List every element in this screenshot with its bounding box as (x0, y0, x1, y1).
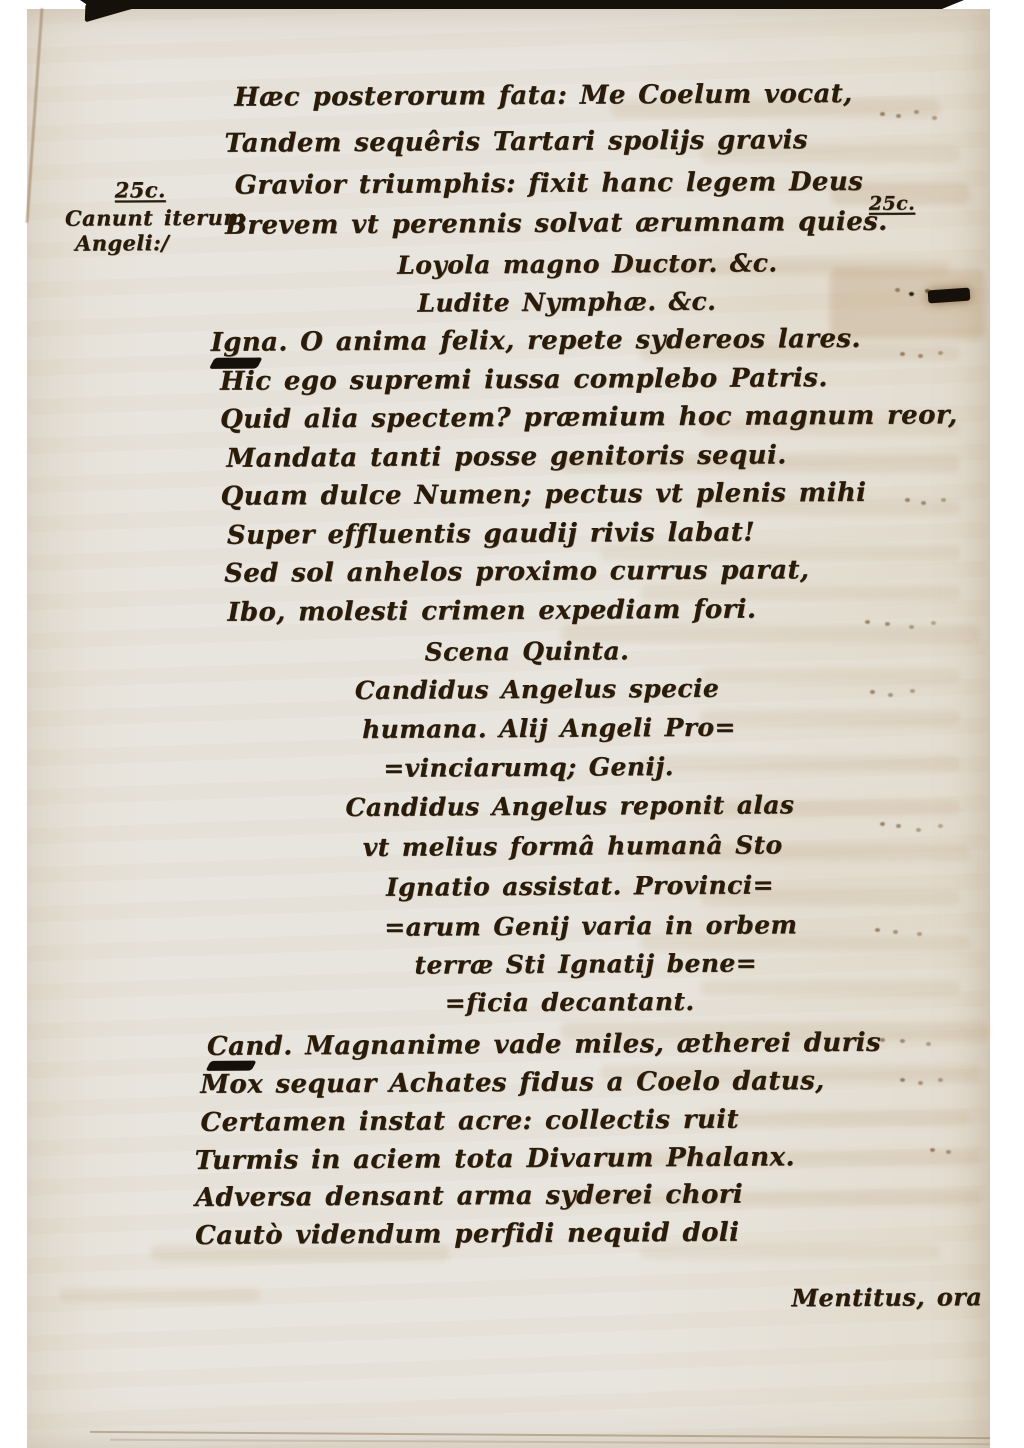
speaker-underline-blot (205, 1061, 256, 1071)
stage-direction: =ficia decantant. (445, 988, 695, 1017)
margin-note-canunt: Canunt iterum (65, 206, 246, 230)
stage-direction: Loyola magno Ductor. &c. (397, 249, 777, 279)
manuscript-line: Mox sequar Achates fidus a Coelo datus, (200, 1067, 825, 1099)
stage-direction: vt melius formâ humanâ Sto (363, 831, 783, 861)
manuscript-line: Cand. Magnanime vade miles, ætherei duri… (207, 1029, 881, 1062)
stage-direction: Candidus Angelus reponit alas (345, 791, 794, 821)
stage-direction: terræ Sti Ignatij bene= (414, 950, 757, 980)
manuscript-line: Brevem vt perennis solvat ærumnam quies. (225, 208, 888, 241)
stage-direction: =vinciarumq; Genij. (383, 753, 674, 782)
manuscript-line: Certamen instat acre: collectis ruit (200, 1106, 739, 1138)
manuscript-line: Ibo, molesti crimen expediam fori. (227, 596, 756, 628)
stage-direction: Ignatio assistat. Provinci= (386, 871, 774, 901)
manuscript-line: Adversa densant arma syderei chori (195, 1181, 743, 1213)
stage-direction: =arum Genij varia in orbem (384, 911, 797, 941)
stage-direction: Ludite Nymphæ. &c. (417, 288, 716, 317)
scene-heading: Scena Quinta. (424, 637, 629, 666)
manuscript-line: Hæc posterorum fata: Me Coelum vocat, (234, 80, 853, 112)
manuscript-line: Cautò videndum perfidi nequid doli (195, 1219, 739, 1251)
margin-note-angeli: Angeli:/ (75, 231, 169, 255)
text-layer: 25c. Canunt iterum Angeli:/ 25c. Hæc pos… (0, 0, 1024, 1448)
stage-direction: Candidus Angelus specie (355, 675, 720, 705)
speaker-underline-blot (209, 358, 263, 369)
manuscript-line: Sed sol anhelos proximo currus parat, (224, 556, 809, 588)
margin-scene-number-left: 25c. (115, 178, 166, 201)
manuscript-line: Hic ego supremi iussa complebo Patris. (220, 364, 828, 396)
manuscript-line: Turmis in aciem tota Divarum Phalanx. (195, 1143, 795, 1175)
manuscript-line: Igna. O anima felix, repete sydereos lar… (211, 325, 861, 358)
catchword: Mentitus, ora (791, 1284, 982, 1312)
manuscript-line: Quam dulce Numen; pectus vt plenis mihi (221, 479, 867, 512)
manuscript-line: Tandem sequêris Tartari spolijs gravis (224, 126, 808, 158)
manuscript-line: Quid alia spectem? præmium hoc magnum re… (220, 401, 957, 434)
manuscript-line: Gravior triumphis: fixit hanc legem Deus (235, 168, 864, 200)
manuscript-line: Mandata tanti posse genitoris sequi. (226, 441, 786, 473)
manuscript-line: Super effluentis gaudij rivis labat! (227, 519, 755, 551)
stage-direction: humana. Alij Angeli Pro= (362, 714, 736, 744)
manuscript-photo: 25c. Canunt iterum Angeli:/ 25c. Hæc pos… (0, 0, 1024, 1448)
